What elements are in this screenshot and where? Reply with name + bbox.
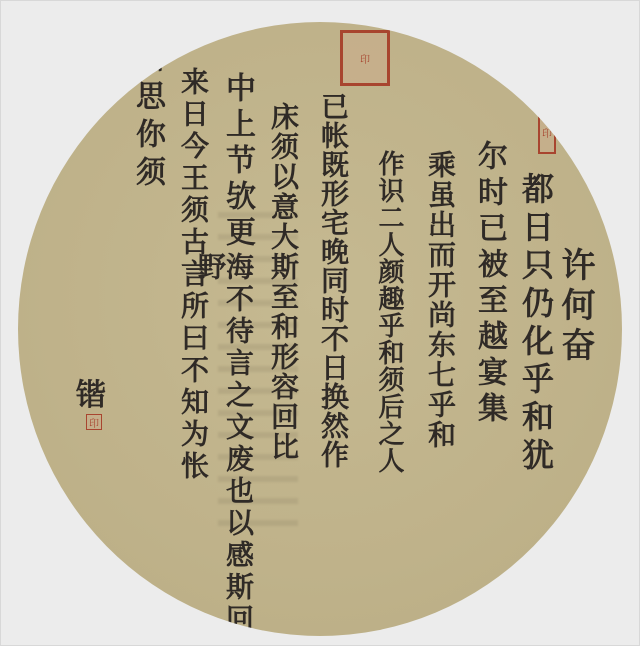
calligraphy-column: 作识二人颜趣乎和须后之人: [376, 150, 402, 474]
calligraphy-column: 许何奋: [558, 247, 592, 367]
calligraphy-column: 来日今王须古言所曰不知为怅: [179, 67, 207, 483]
signature-seal: 印: [86, 414, 102, 430]
calligraphy-column: 后思你须: [132, 42, 162, 194]
calligraphy-column: 床须以意大斯至和形容回比: [269, 102, 297, 462]
calligraphy-column: 中上节欤更: [222, 72, 252, 252]
calligraphy-column: 尔时已被至越宴集: [474, 140, 504, 428]
circular-fan-painting: 许何奋 都日只仍化乎和犹 尔时已被至越宴集 乘虽出而开尚东七乎和 作识二人颜趣乎…: [18, 22, 622, 636]
calligraphy-column: 都日只仍化乎和犹: [520, 172, 552, 476]
calligraphy-column: 乘虽出而开尚东七乎和: [426, 150, 454, 450]
artist-signature: 锴: [76, 370, 106, 414]
side-seal-stamp: 印: [538, 110, 556, 154]
top-seal-stamp: 印: [340, 30, 390, 86]
calligraphy-column: 已帐既形宅晚同时不日换然作: [319, 92, 347, 469]
